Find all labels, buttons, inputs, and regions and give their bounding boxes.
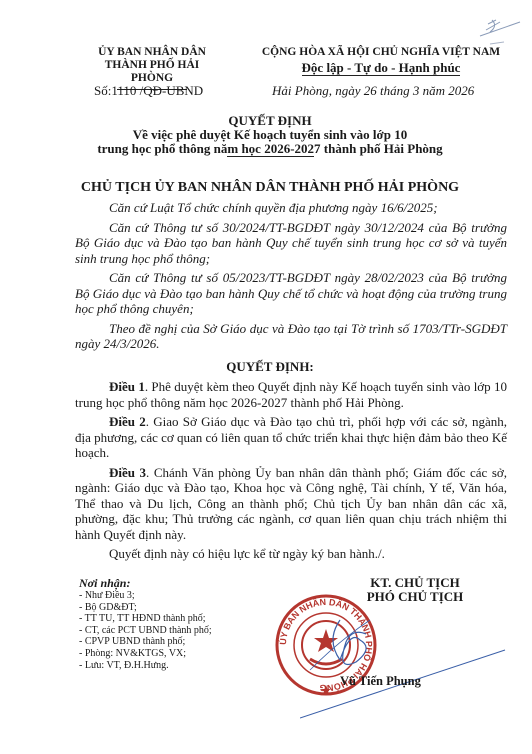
- recipient-item: - Phòng: NV&KTGS, VX;: [79, 648, 212, 660]
- initials-mark-icon: [470, 14, 530, 54]
- preamble-item: Căn cứ Luật Tổ chức chính quyền địa phươ…: [75, 200, 507, 216]
- recipient-item: - TT TU, TT HĐND thành phố;: [79, 613, 212, 625]
- signer-name: Vũ Tiến Phụng: [340, 674, 421, 689]
- title-subject-2: trung học phổ thông năm học 2026-2027 th…: [40, 142, 500, 156]
- article-2: Điều 2. Giao Sở Giáo dục và Đào tạo chủ …: [75, 414, 507, 461]
- articles: Điều 1. Phê duyệt kèm theo Quyết định nà…: [75, 379, 507, 566]
- recipient-item: - Như Điều 3;: [79, 590, 212, 602]
- preamble-item: Căn cứ Thông tư số 30/2024/TT-BGDĐT ngày…: [75, 220, 507, 267]
- decision-heading: QUYẾT ĐỊNH:: [40, 359, 500, 375]
- effective-clause: Quyết định này có hiệu lực kể từ ngày ký…: [75, 546, 507, 562]
- article-label: Điều 3: [109, 465, 146, 480]
- handwritten-signature-icon: [300, 610, 520, 720]
- title-heading: QUYẾT ĐỊNH: [40, 114, 500, 128]
- recipients-list: Nơi nhận: - Như Điều 3; - Bộ GD&ĐT; - TT…: [79, 576, 212, 671]
- recipient-item: - Bộ GD&ĐT;: [79, 602, 212, 614]
- document-title: QUYẾT ĐỊNH Về việc phê duyệt Kế hoạch tu…: [40, 114, 500, 156]
- recipient-item: - CT, các PCT UBND thành phố;: [79, 625, 212, 637]
- article-1: Điều 1. Phê duyệt kèm theo Quyết định nà…: [75, 379, 507, 410]
- title-subject-1: Về việc phê duyệt Kế hoạch tuyển sinh và…: [40, 128, 500, 142]
- recipient-item: - CPVP UBND thành phố;: [79, 636, 212, 648]
- preamble-item: Theo đề nghị của Sở Giáo dục và Đào tạo …: [75, 321, 507, 352]
- agency-line-1: ỦY BAN NHÂN DÂN: [84, 46, 220, 59]
- article-label: Điều 2: [109, 414, 146, 429]
- agency-line-2: THÀNH PHỐ HẢI PHÒNG: [84, 59, 220, 85]
- subject-part-b: m học 2026-202: [227, 141, 314, 157]
- document-date: Hải Phòng, ngày 26 tháng 3 năm 2026: [272, 83, 474, 99]
- subject-part-c: 7 thành phố Hải Phòng: [314, 141, 443, 156]
- preamble-item: Căn cứ Thông tư số 05/2023/TT-BGDĐT ngày…: [75, 270, 507, 317]
- signature-line-1: KT. CHỦ TỊCH: [330, 576, 500, 590]
- article-3: Điều 3. Chánh Văn phòng Ủy ban nhân dân …: [75, 465, 507, 543]
- issuing-authority: CHỦ TỊCH ỦY BAN NHÂN DÂN THÀNH PHỐ HẢI P…: [40, 180, 500, 196]
- document-number: Số:1110 /QĐ-UBND: [94, 83, 203, 99]
- subject-part-a: trung học phổ thông nă: [97, 141, 227, 156]
- recipient-item: - Lưu: VT, Đ.H.Hưng.: [79, 660, 212, 672]
- recipients-heading: Nơi nhận:: [79, 576, 212, 590]
- preamble: Căn cứ Luật Tổ chức chính quyền địa phươ…: [75, 200, 507, 356]
- article-label: Điều 1: [109, 379, 145, 394]
- nation-line-2: Độc lập - Tự do - Hạnh phúc: [302, 60, 461, 76]
